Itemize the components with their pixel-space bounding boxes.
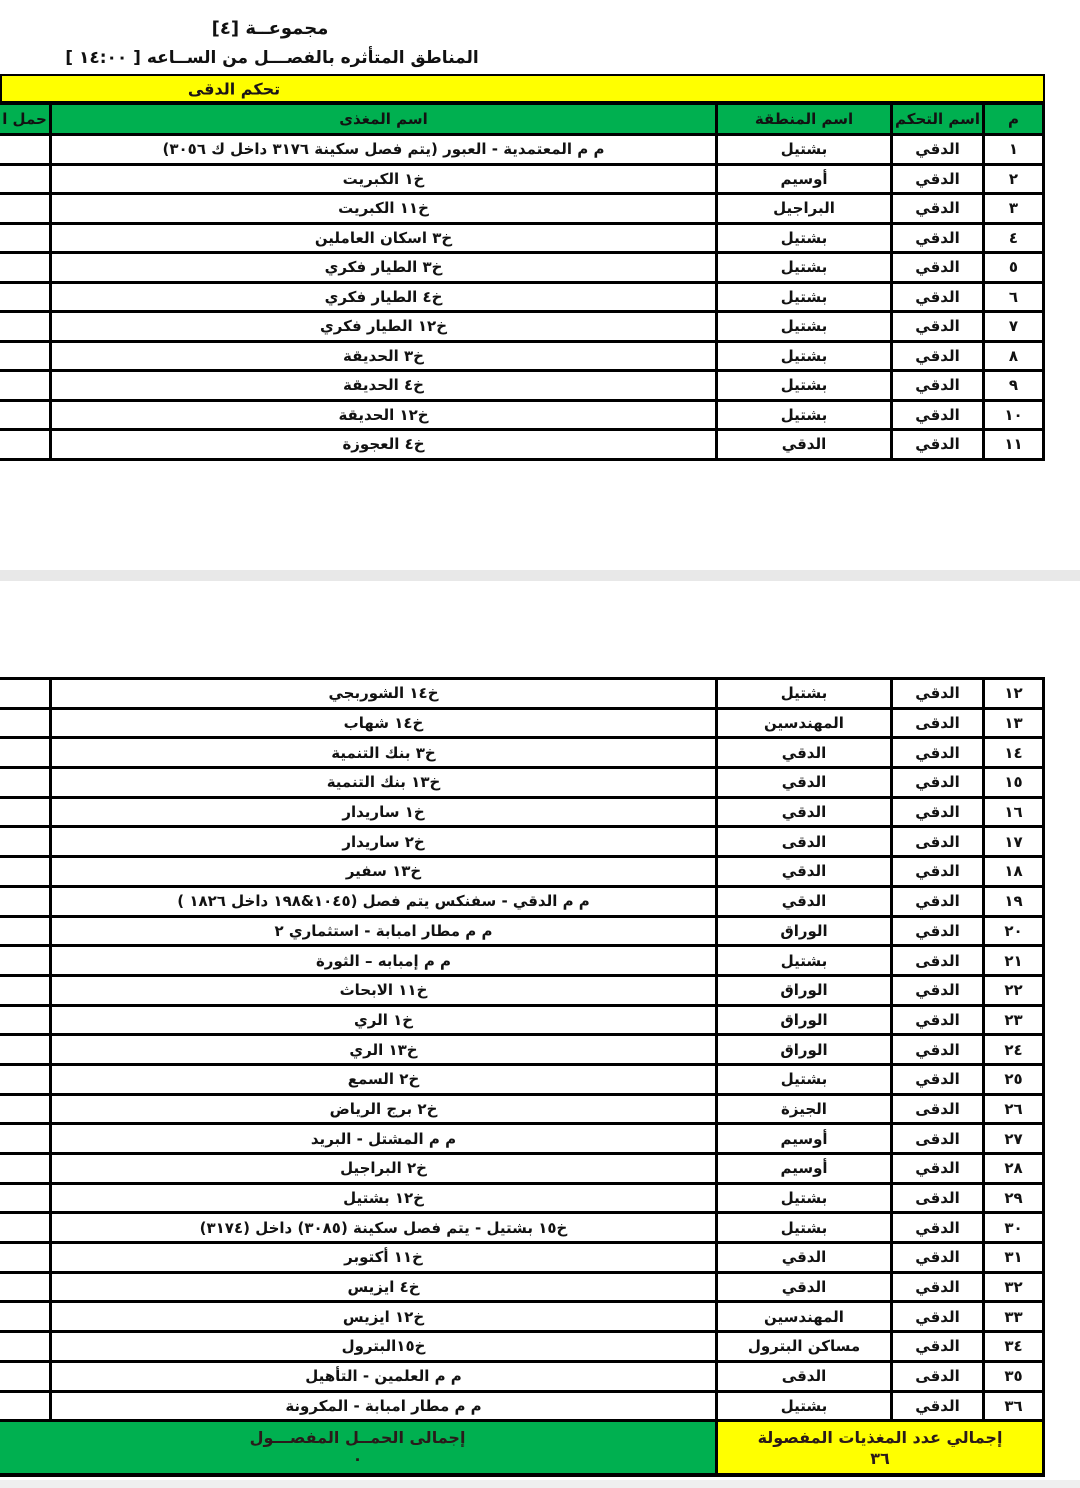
- cell-feeder: خ١٥البترول: [52, 1333, 718, 1360]
- table-row: خ٤ الطيار فكريبشتيلالدقي٦: [0, 284, 1045, 314]
- cell-control: الدقي: [893, 1244, 985, 1271]
- cell-area: البراجيل: [718, 195, 893, 222]
- cell-load: [0, 828, 52, 855]
- cell-num: ٦: [985, 284, 1045, 311]
- page-break-band: [0, 570, 1080, 581]
- cell-control: الدقي: [893, 136, 985, 163]
- cell-area: بشتيل: [718, 136, 893, 163]
- cell-feeder: خ٤ الطيار فكري: [52, 284, 718, 311]
- table-row: خ١٣ سفيرالدقيالدقي١٨: [0, 858, 1045, 888]
- table-row: م م مطار امبابة - المكرونةبشتيلالدقي٣٦: [0, 1393, 1045, 1423]
- cell-num: ٢٨: [985, 1155, 1045, 1182]
- cell-area: الدقي: [718, 799, 893, 826]
- table-row: خ١ الريالوراقالدقي٢٣: [0, 1007, 1045, 1037]
- table-row: خ٣ الحديقةبشتيلالدقي٨: [0, 343, 1045, 373]
- cell-num: ٢٣: [985, 1007, 1045, 1034]
- cell-control: الدقي: [893, 284, 985, 311]
- cell-feeder: خ٤ ايزيس: [52, 1274, 718, 1301]
- cell-area: الدقي: [718, 1274, 893, 1301]
- cell-feeder: خ١٢ الطيار فكري: [52, 313, 718, 340]
- table-row: خ١٥ بشتيل - يتم فصل سكينة (٣٠٨٥) داخل (٣…: [0, 1214, 1045, 1244]
- cell-num: ٣٦: [985, 1393, 1045, 1420]
- cell-feeder: خ١١ الكبريت: [52, 195, 718, 222]
- cell-feeder: خ١٣ الري: [52, 1036, 718, 1063]
- total-load-label: إجمالى الحمــل المفصـــول: [58, 1427, 658, 1449]
- cell-feeder: خ٣ بنك التنمية: [52, 739, 718, 766]
- cell-area: بشتيل: [718, 1214, 893, 1241]
- table-row: خ٤ العجوزةالدقيالدقي١١: [0, 431, 1045, 461]
- cell-num: ١٩: [985, 888, 1045, 915]
- control-banner: تحكم الدقى: [0, 74, 1045, 103]
- table-row: خ٢ برج الرياضالجيزةالدقى٢٦: [0, 1096, 1045, 1126]
- cell-control: الدقى: [893, 1363, 985, 1390]
- cell-feeder: خ٢ السمع: [52, 1066, 718, 1093]
- cell-num: ٨: [985, 343, 1045, 370]
- table-row: خ١٣ بنك التنميةالدقيالدقي١٥: [0, 769, 1045, 799]
- cell-feeder: م م العلمين - التأهيل: [52, 1363, 718, 1390]
- total-feeders-cell: إجمالي عدد المغذيات المفصولة ٣٦: [718, 1422, 1045, 1473]
- cell-num: ١٤: [985, 739, 1045, 766]
- cell-control: الدقى: [893, 1185, 985, 1212]
- cell-load: [0, 710, 52, 737]
- cell-load: [0, 431, 52, 458]
- cell-num: ٥: [985, 254, 1045, 281]
- cell-load: [0, 977, 52, 1004]
- cell-num: ٩: [985, 372, 1045, 399]
- cell-area: المهندسين: [718, 710, 893, 737]
- cell-load: [0, 1274, 52, 1301]
- cell-area: المهندسين: [718, 1303, 893, 1330]
- cell-num: ١٨: [985, 858, 1045, 885]
- table-row: م م المعتمدية - العبور (يتم فصل سكينة ٣١…: [0, 136, 1045, 166]
- cell-feeder: خ٤ الحديقة: [52, 372, 718, 399]
- cell-feeder: خ٣ الطيار فكري: [52, 254, 718, 281]
- cell-feeder: م م الدقي - سفنكس يتم فصل (١٠٤٥&١٩٨ داخل…: [52, 888, 718, 915]
- cell-control: الدقي: [893, 343, 985, 370]
- cell-control: الدقي: [893, 739, 985, 766]
- cell-control: الدقي: [893, 1333, 985, 1360]
- cell-load: [0, 1155, 52, 1182]
- cell-feeder: خ٣ اسكان العاملين: [52, 225, 718, 252]
- cell-control: الدقي: [893, 225, 985, 252]
- totals-row: إجمالى الحمــل المفصـــول ٠ إجمالي عدد ا…: [0, 1422, 1045, 1477]
- cell-num: ٣٤: [985, 1333, 1045, 1360]
- cell-control: الدقي: [893, 858, 985, 885]
- cell-area: بشتيل: [718, 254, 893, 281]
- cell-feeder: خ١١ الابحاث: [52, 977, 718, 1004]
- cell-area: أوسيم: [718, 1155, 893, 1182]
- cell-feeder: خ١ الكبريت: [52, 166, 718, 193]
- cell-area: الدقي: [718, 858, 893, 885]
- total-load-value: ٠: [58, 1449, 658, 1468]
- cell-control: الدقى: [893, 710, 985, 737]
- cell-control: الدقي: [893, 1155, 985, 1182]
- cell-feeder: خ١٤ الشوربجي: [52, 680, 718, 707]
- cell-area: الدقى: [718, 828, 893, 855]
- cell-feeder: خ٢ برج الرياض: [52, 1096, 718, 1123]
- cell-feeder: خ٤ العجوزة: [52, 431, 718, 458]
- total-load-cell: إجمالى الحمــل المفصـــول ٠: [0, 1422, 718, 1473]
- cell-load: [0, 1036, 52, 1063]
- cell-control: الدقي: [893, 769, 985, 796]
- cell-num: ١: [985, 136, 1045, 163]
- cell-control: الدقي: [893, 195, 985, 222]
- cell-control: الدقي: [893, 1036, 985, 1063]
- table-row: خ١٤ الشوربجيبشتيلالدقي١٢: [0, 680, 1045, 710]
- table-row: خ١٢ الحديقةبشتيلالدقي١٠: [0, 402, 1045, 432]
- cell-feeder: خ١٣ بنك التنمية: [52, 769, 718, 796]
- cell-load: [0, 1007, 52, 1034]
- cell-feeder: خ١٢ ايزيس: [52, 1303, 718, 1330]
- control-banner-label: تحكم الدقى: [188, 79, 280, 98]
- cell-feeder: خ١٢ الحديقة: [52, 402, 718, 429]
- cell-load: [0, 1214, 52, 1241]
- cell-control: الدقي: [893, 313, 985, 340]
- cell-area: الدقي: [718, 1244, 893, 1271]
- cell-num: ١٦: [985, 799, 1045, 826]
- table-row: خ٣ اسكان العاملينبشتيلالدقي٤: [0, 225, 1045, 255]
- cell-load: [0, 918, 52, 945]
- cell-load: [0, 225, 52, 252]
- cell-area: الوراق: [718, 1036, 893, 1063]
- table-row: م م العلمين - التأهيلالدقىالدقى٣٥: [0, 1363, 1045, 1393]
- cell-num: ٢٧: [985, 1125, 1045, 1152]
- cell-load: [0, 313, 52, 340]
- cell-control: الدقي: [893, 1066, 985, 1093]
- cell-area: بشتيل: [718, 284, 893, 311]
- cell-control: الدقي: [893, 680, 985, 707]
- cell-area: الدقي: [718, 769, 893, 796]
- cell-area: بشتيل: [718, 343, 893, 370]
- cell-load: [0, 769, 52, 796]
- table-row: خ١١ أكتوبرالدقيالدقي٣١: [0, 1244, 1045, 1274]
- cell-feeder: م م المعتمدية - العبور (يتم فصل سكينة ٣١…: [52, 136, 718, 163]
- cell-control: الدقي: [893, 799, 985, 826]
- page-edge-band: [0, 1480, 1080, 1488]
- cell-feeder: خ١١ أكتوبر: [52, 1244, 718, 1271]
- cell-area: بشتيل: [718, 402, 893, 429]
- cell-load: [0, 1303, 52, 1330]
- cell-load: [0, 1393, 52, 1420]
- cell-area: الدقي: [718, 888, 893, 915]
- table-row: خ١٢ ايزيسالمهندسينالدقي٣٣: [0, 1303, 1045, 1333]
- cell-control: الدقي: [893, 1214, 985, 1241]
- cell-feeder: خ١٥ بشتيل - يتم فصل سكينة (٣٠٨٥) داخل (٣…: [52, 1214, 718, 1241]
- table-row: م م مطار امبابة - استثماري ٢الوراقالدقي٢…: [0, 918, 1045, 948]
- cell-area: بشتيل: [718, 947, 893, 974]
- cell-num: ١١: [985, 431, 1045, 458]
- cell-load: [0, 858, 52, 885]
- table-row: خ٤ الحديقةبشتيلالدقي٩: [0, 372, 1045, 402]
- cell-area: بشتيل: [718, 1185, 893, 1212]
- table-row: م م المشتل - البريدأوسيمالدقى٢٧: [0, 1125, 1045, 1155]
- cell-load: [0, 195, 52, 222]
- table-body-bottom: خ١٤ الشوربجيبشتيلالدقي١٢خ١٤ شهابالمهندسي…: [0, 680, 1045, 1422]
- cell-control: الدقي: [893, 1274, 985, 1301]
- table-row: خ٢ البراجيلأوسيمالدقي٢٨: [0, 1155, 1045, 1185]
- cell-control: الدقي: [893, 977, 985, 1004]
- cell-load: [0, 799, 52, 826]
- cell-num: ٢: [985, 166, 1045, 193]
- col-header-area: اسم المنطقة: [718, 105, 893, 133]
- col-header-load: حمل ا: [0, 105, 52, 133]
- table-row: خ١ ساريدارالدقيالدقي١٦: [0, 799, 1045, 829]
- cell-load: [0, 166, 52, 193]
- table-row: خ٤ ايزيسالدقيالدقي٣٢: [0, 1274, 1045, 1304]
- cell-num: ١٧: [985, 828, 1045, 855]
- cell-num: ٢٤: [985, 1036, 1045, 1063]
- table-body-top: م م المعتمدية - العبور (يتم فصل سكينة ٣١…: [0, 136, 1045, 461]
- cell-area: الجيزة: [718, 1096, 893, 1123]
- cell-feeder: خ٣ الحديقة: [52, 343, 718, 370]
- cell-num: ٣: [985, 195, 1045, 222]
- cell-num: ٣٥: [985, 1363, 1045, 1390]
- cell-feeder: خ٢ البراجيل: [52, 1155, 718, 1182]
- table-row: خ١٥البترولمساكن البترولالدقي٣٤: [0, 1333, 1045, 1363]
- cell-feeder: خ١ ساريدار: [52, 799, 718, 826]
- cell-control: الدقى: [893, 828, 985, 855]
- cell-num: ٣٢: [985, 1274, 1045, 1301]
- cell-control: الدقي: [893, 918, 985, 945]
- table-row: خ٢ السمعبشتيلالدقي٢٥: [0, 1066, 1045, 1096]
- cell-load: [0, 1333, 52, 1360]
- table-row: خ٣ بنك التنميةالدقيالدقي١٤: [0, 739, 1045, 769]
- cell-control: الدقى: [893, 947, 985, 974]
- table-row: م م إمبابه – الثورةبشتيلالدقى٢١: [0, 947, 1045, 977]
- cell-area: الدقى: [718, 1363, 893, 1390]
- cell-feeder: م م المشتل - البريد: [52, 1125, 718, 1152]
- col-header-control: اسم التحكم: [893, 105, 985, 133]
- cell-control: الدقي: [893, 254, 985, 281]
- cell-control: الدقى: [893, 1125, 985, 1152]
- document-page: مجموعــة [٤] المناطق المتأثره بالفصـــل …: [0, 0, 1080, 1488]
- cell-area: بشتيل: [718, 372, 893, 399]
- total-feeders-value: ٣٦: [870, 1449, 890, 1468]
- cell-num: ٤: [985, 225, 1045, 252]
- cell-num: ٣٠: [985, 1214, 1045, 1241]
- cell-area: الوراق: [718, 918, 893, 945]
- table-row: خ١ الكبريتأوسيمالدقي٢: [0, 166, 1045, 196]
- table-row: خ١٢ بشتيلبشتيلالدقى٢٩: [0, 1185, 1045, 1215]
- table-row: خ٣ الطيار فكريبشتيلالدقي٥: [0, 254, 1045, 284]
- table-row: م م الدقي - سفنكس يتم فصل (١٠٤٥&١٩٨ داخل…: [0, 888, 1045, 918]
- cell-control: الدقي: [893, 166, 985, 193]
- table-row: خ١١ الكبريتالبراجيلالدقي٣: [0, 195, 1045, 225]
- cell-control: الدقى: [893, 1096, 985, 1123]
- cell-load: [0, 680, 52, 707]
- table-row: خ١٤ شهابالمهندسينالدقى١٣: [0, 710, 1045, 740]
- cell-feeder: خ١٣ سفير: [52, 858, 718, 885]
- cell-num: ٢١: [985, 947, 1045, 974]
- cell-area: الدقي: [718, 431, 893, 458]
- cell-feeder: خ١ الري: [52, 1007, 718, 1034]
- total-feeders-label: إجمالي عدد المغذيات المفصولة: [758, 1427, 1003, 1449]
- cell-num: ٢٩: [985, 1185, 1045, 1212]
- cell-area: أوسيم: [718, 1125, 893, 1152]
- cell-load: [0, 1244, 52, 1271]
- cell-load: [0, 1096, 52, 1123]
- cell-control: الدقي: [893, 888, 985, 915]
- cell-load: [0, 136, 52, 163]
- cell-load: [0, 343, 52, 370]
- cell-area: مساكن البترول: [718, 1333, 893, 1360]
- cell-feeder: م م مطار امبابة - المكرونة: [52, 1393, 718, 1420]
- cell-num: ١٠: [985, 402, 1045, 429]
- cell-num: ١٣: [985, 710, 1045, 737]
- cell-num: ٣٣: [985, 1303, 1045, 1330]
- cell-feeder: خ١٤ شهاب: [52, 710, 718, 737]
- col-header-num: م: [985, 105, 1045, 133]
- table-row: خ٢ ساريدارالدقىالدقى١٧: [0, 828, 1045, 858]
- cell-control: الدقي: [893, 372, 985, 399]
- cell-area: الوراق: [718, 977, 893, 1004]
- cell-feeder: خ٢ ساريدار: [52, 828, 718, 855]
- cell-num: ٣١: [985, 1244, 1045, 1271]
- col-header-feeder: اسم المغذى: [52, 105, 718, 133]
- cell-control: الدقي: [893, 402, 985, 429]
- cell-num: ٢٠: [985, 918, 1045, 945]
- cell-load: [0, 1363, 52, 1390]
- table-row: خ١٢ الطيار فكريبشتيلالدقي٧: [0, 313, 1045, 343]
- cell-area: بشتيل: [718, 225, 893, 252]
- cell-control: الدقي: [893, 1393, 985, 1420]
- cell-area: أوسيم: [718, 166, 893, 193]
- cell-feeder: م م مطار امبابة - استثماري ٢: [52, 918, 718, 945]
- cell-load: [0, 1125, 52, 1152]
- cell-load: [0, 1185, 52, 1212]
- cell-area: بشتيل: [718, 680, 893, 707]
- cell-feeder: م م إمبابه – الثورة: [52, 947, 718, 974]
- cell-area: بشتيل: [718, 1393, 893, 1420]
- table-row: خ١٣ الريالوراقالدقي٢٤: [0, 1036, 1045, 1066]
- cell-load: [0, 947, 52, 974]
- cell-load: [0, 372, 52, 399]
- cell-load: [0, 1066, 52, 1093]
- schedule-table-top: حمل ا اسم المغذى اسم المنطقة اسم التحكم …: [0, 102, 1045, 461]
- cell-load: [0, 254, 52, 281]
- cell-num: ٧: [985, 313, 1045, 340]
- cell-num: ٢٥: [985, 1066, 1045, 1093]
- cell-area: بشتيل: [718, 1066, 893, 1093]
- cell-num: ٢٦: [985, 1096, 1045, 1123]
- cell-feeder: خ١٢ بشتيل: [52, 1185, 718, 1212]
- schedule-table-bottom: خ١٤ الشوربجيبشتيلالدقي١٢خ١٤ شهابالمهندسي…: [0, 677, 1045, 1477]
- table-header-row: حمل ا اسم المغذى اسم المنطقة اسم التحكم …: [0, 105, 1045, 136]
- cell-area: الدقي: [718, 739, 893, 766]
- cell-control: الدقي: [893, 1007, 985, 1034]
- cell-load: [0, 402, 52, 429]
- cell-load: [0, 739, 52, 766]
- table-row: خ١١ الابحاثالوراقالدقي٢٢: [0, 977, 1045, 1007]
- group-title: مجموعــة [٤]: [0, 18, 540, 39]
- cell-num: ٢٢: [985, 977, 1045, 1004]
- cell-control: الدقي: [893, 1303, 985, 1330]
- cell-area: الوراق: [718, 1007, 893, 1034]
- page-title: المناطق المتأثره بالفصـــل من الســاعه […: [4, 48, 540, 68]
- cell-control: الدقي: [893, 431, 985, 458]
- cell-load: [0, 888, 52, 915]
- cell-area: بشتيل: [718, 313, 893, 340]
- cell-num: ١٢: [985, 680, 1045, 707]
- cell-load: [0, 284, 52, 311]
- cell-num: ١٥: [985, 769, 1045, 796]
